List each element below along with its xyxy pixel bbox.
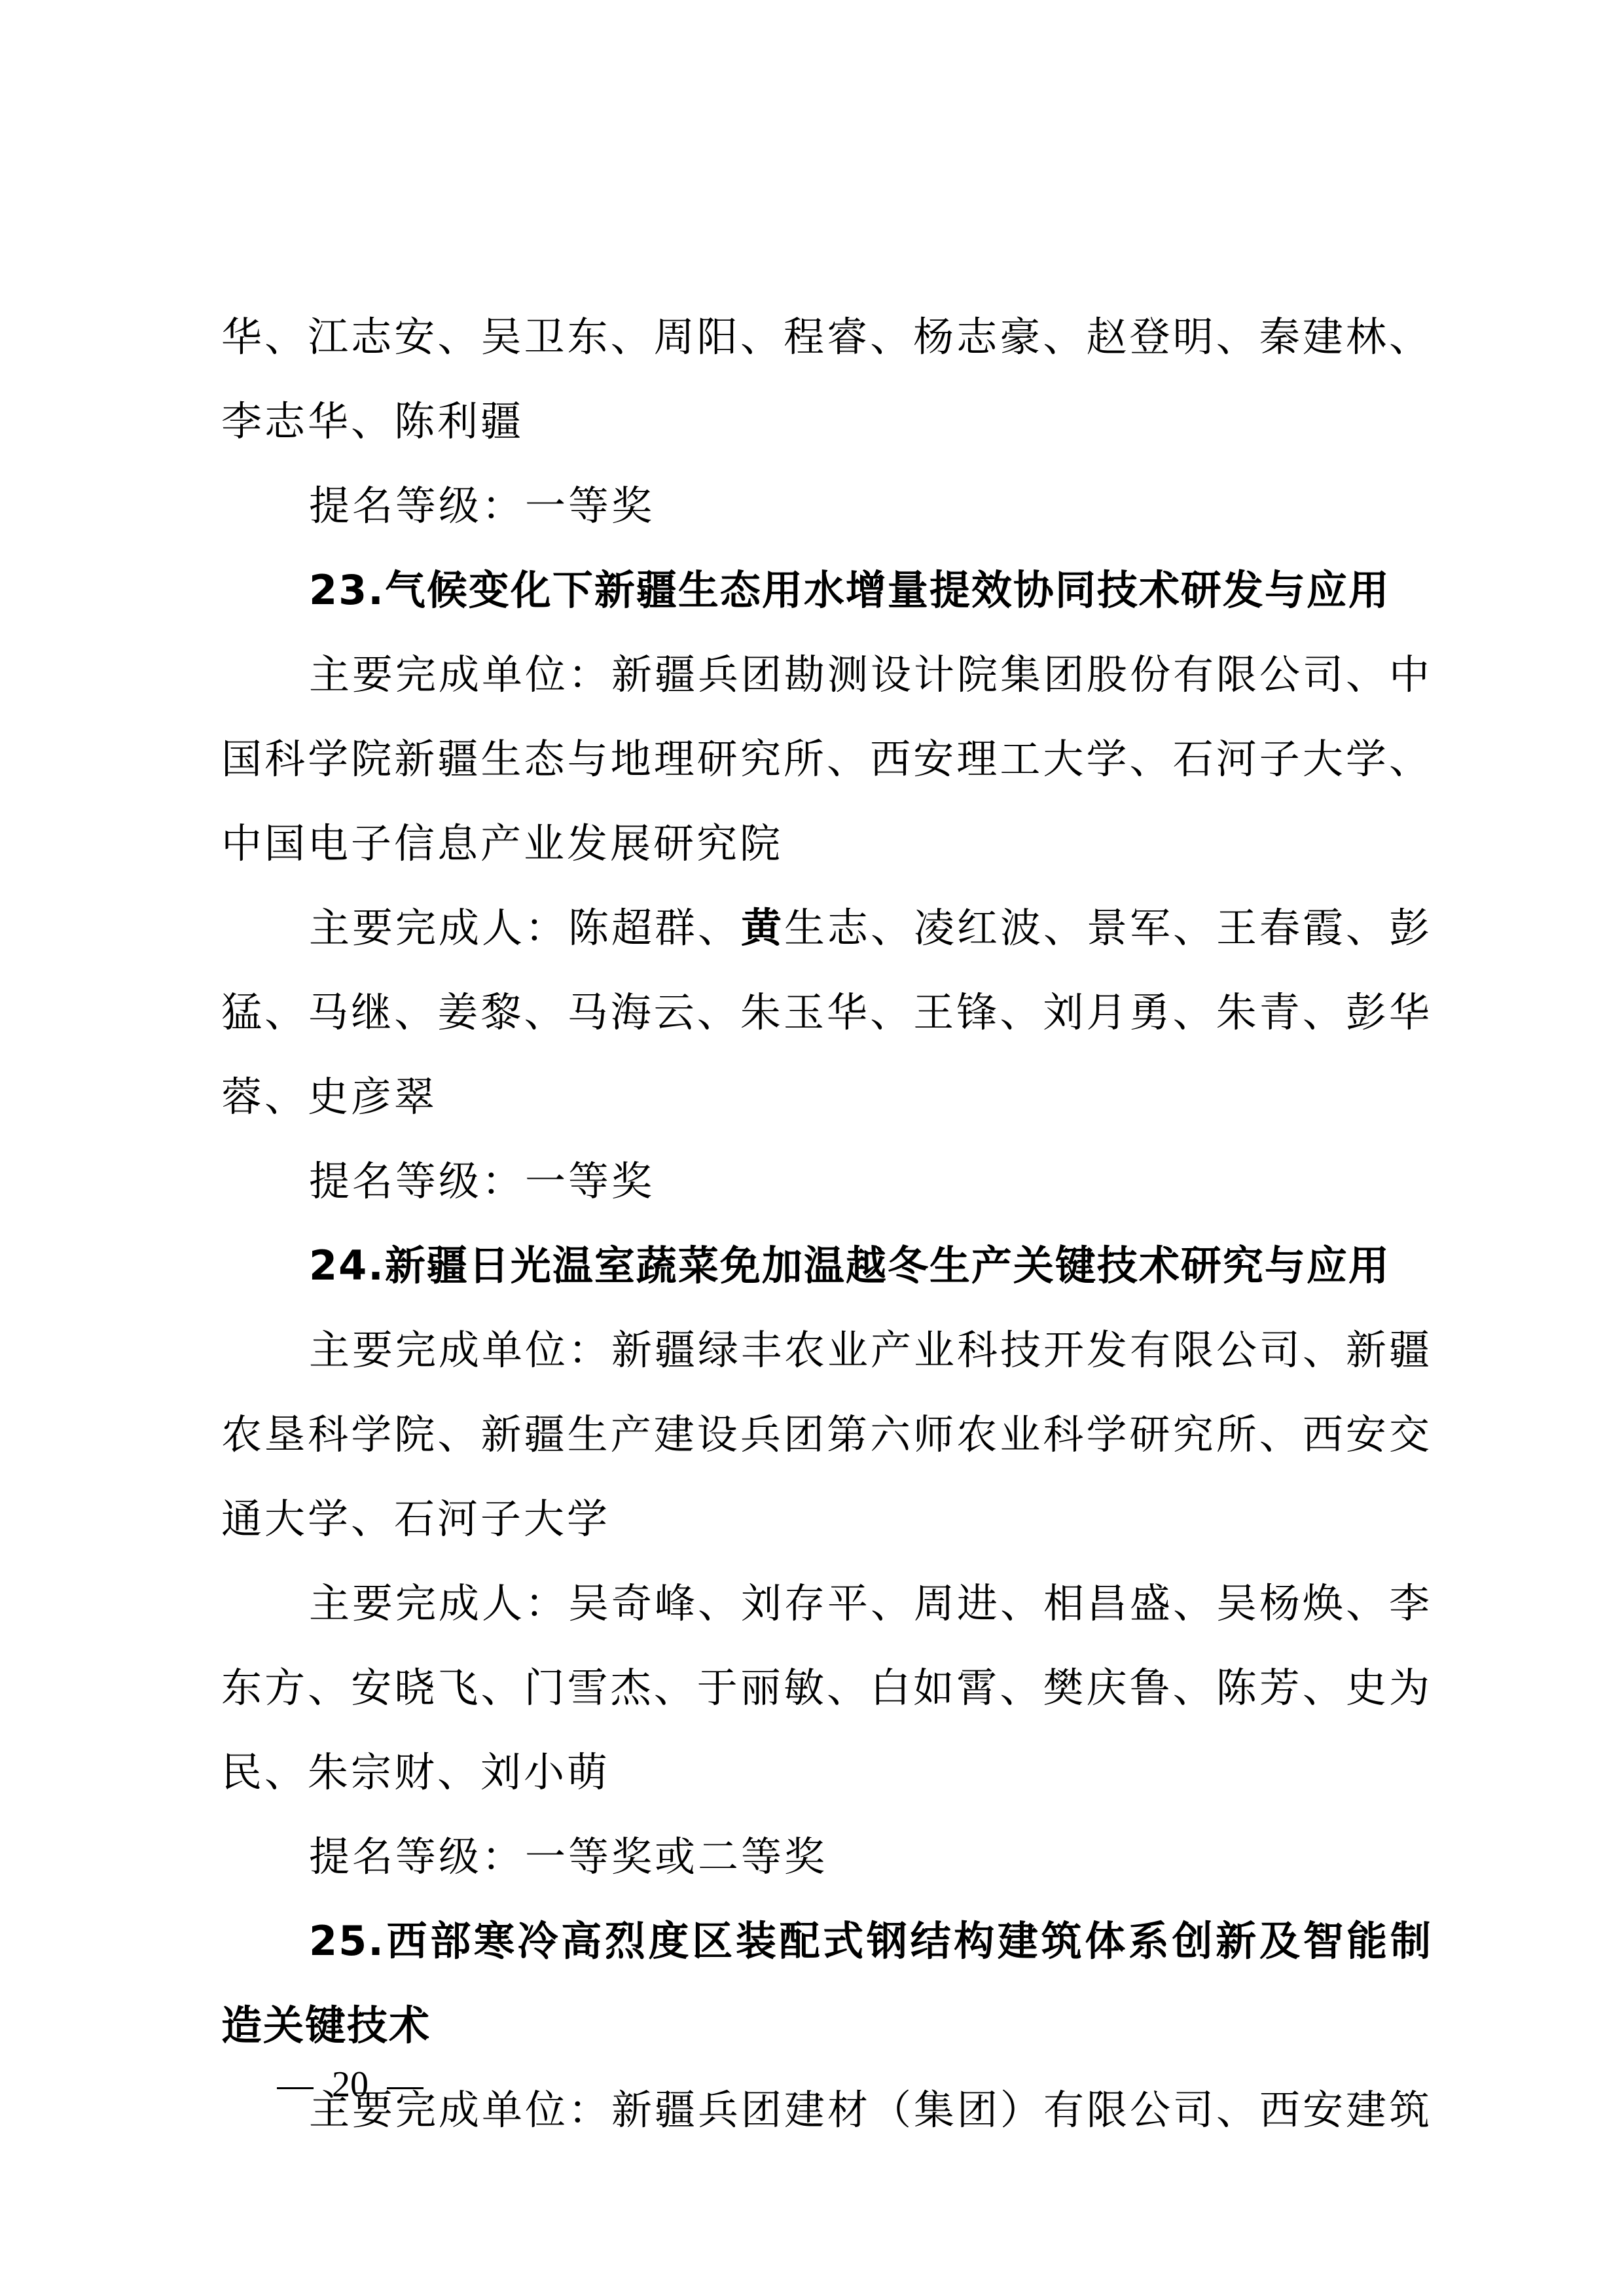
- persons-line: 东方、安晓飞、门雪杰、于丽敏、白如霄、樊庆鲁、陈芳、史为: [221, 1645, 1432, 1730]
- project-24: 24.新疆日光温室蔬菜免加温越冬生产关键技术研究与应用 主要完成单位：新疆绿丰农…: [221, 1223, 1432, 1899]
- grade-label: 提名等级：: [309, 482, 525, 529]
- persons-line: 主要完成人：陈超群、黄生志、凌红波、景军、王春霞、彭: [221, 886, 1432, 970]
- page-footer: 20: [259, 2062, 442, 2108]
- nomination-grade: 提名等级：一等奖: [221, 1139, 1432, 1223]
- project-title: 24.新疆日光温室蔬菜免加温越冬生产关键技术研究与应用: [221, 1223, 1432, 1308]
- project-title: 23.气候变化下新疆生态用水增量提效协同技术研发与应用: [221, 548, 1432, 632]
- project-number: 23.: [309, 566, 385, 614]
- project-23: 23.气候变化下新疆生态用水增量提效协同技术研发与应用 主要完成单位：新疆兵团勘…: [221, 548, 1432, 1223]
- units-text: 新疆兵团建材（集团）有限公司、西安建筑: [611, 2086, 1432, 2134]
- project-number: 24.: [309, 1242, 385, 1289]
- project-title-text: 西部寒冷高烈度区装配式钢结构建筑体系创新及智能制: [385, 1917, 1432, 1965]
- persons-text: 陈超群、: [568, 904, 741, 952]
- persons-text: 生志、凌红波、景军、王春霞、彭: [784, 904, 1432, 952]
- grade-label: 提名等级：: [309, 1833, 525, 1880]
- project-title-text: 新疆日光温室蔬菜免加温越冬生产关键技术研究与应用: [385, 1242, 1390, 1289]
- units-line: 中国电子信息产业发展研究院: [221, 801, 1432, 886]
- project-title-text: 气候变化下新疆生态用水增量提效协同技术研发与应用: [385, 566, 1390, 614]
- project-25: 25.西部寒冷高烈度区装配式钢结构建筑体系创新及智能制 造关键技术 主要完成单位…: [221, 1899, 1432, 2152]
- footer-dash-left: [277, 2087, 314, 2089]
- grade-label: 提名等级：: [309, 1157, 525, 1205]
- persons-text: 吴奇峰、刘存平、周进、相昌盛、吴杨焕、李: [568, 1579, 1432, 1627]
- persons-label: 主要完成人：: [309, 904, 568, 952]
- persons-line: 蓉、史彦翠: [221, 1054, 1432, 1139]
- persons-line: 李志华、陈利疆: [221, 379, 1432, 463]
- persons-line: 民、朱宗财、刘小萌: [221, 1730, 1432, 1814]
- grade-value: 一等奖: [525, 1157, 655, 1205]
- units-line: 通大学、石河子大学: [221, 1477, 1432, 1561]
- nomination-grade: 提名等级：一等奖或二等奖: [221, 1814, 1432, 1899]
- footer-dash-right: [387, 2087, 424, 2089]
- units-text: 新疆绿丰农业产业科技开发有限公司、新疆: [611, 1326, 1432, 1374]
- units-line: 主要完成单位：新疆兵团勘测设计院集团股份有限公司、中: [221, 632, 1432, 717]
- units-line: 农垦科学院、新疆生产建设兵团第六师农业科学研究所、西安交: [221, 1392, 1432, 1477]
- grade-value: 一等奖或二等奖: [525, 1833, 827, 1880]
- page-number: 20: [332, 2064, 369, 2105]
- persons-text-bold: 黄: [741, 904, 784, 952]
- units-label: 主要完成单位：: [309, 1326, 611, 1374]
- persons-label: 主要完成人：: [309, 1579, 568, 1627]
- document-page: 华、江志安、吴卫东、周阳、程睿、杨志豪、赵登明、秦建林、 李志华、陈利疆 提名等…: [221, 295, 1432, 2152]
- units-line: 主要完成单位：新疆绿丰农业产业科技开发有限公司、新疆: [221, 1308, 1432, 1392]
- project-title-continued: 造关键技术: [221, 1983, 1432, 2068]
- project-title: 25.西部寒冷高烈度区装配式钢结构建筑体系创新及智能制: [221, 1899, 1432, 1983]
- units-line: 国科学院新疆生态与地理研究所、西安理工大学、石河子大学、: [221, 717, 1432, 801]
- project-number: 25.: [309, 1917, 385, 1965]
- units-label: 主要完成单位：: [309, 651, 611, 698]
- nomination-grade: 提名等级：一等奖: [221, 463, 1432, 548]
- project-22-continuation: 华、江志安、吴卫东、周阳、程睿、杨志豪、赵登明、秦建林、 李志华、陈利疆 提名等…: [221, 295, 1432, 548]
- grade-value: 一等奖: [525, 482, 655, 529]
- units-text: 新疆兵团勘测设计院集团股份有限公司、中: [611, 651, 1432, 698]
- persons-line: 主要完成人：吴奇峰、刘存平、周进、相昌盛、吴杨焕、李: [221, 1561, 1432, 1645]
- persons-line: 华、江志安、吴卫东、周阳、程睿、杨志豪、赵登明、秦建林、: [221, 295, 1432, 379]
- persons-line: 猛、马继、姜黎、马海云、朱玉华、王锋、刘月勇、朱青、彭华: [221, 970, 1432, 1054]
